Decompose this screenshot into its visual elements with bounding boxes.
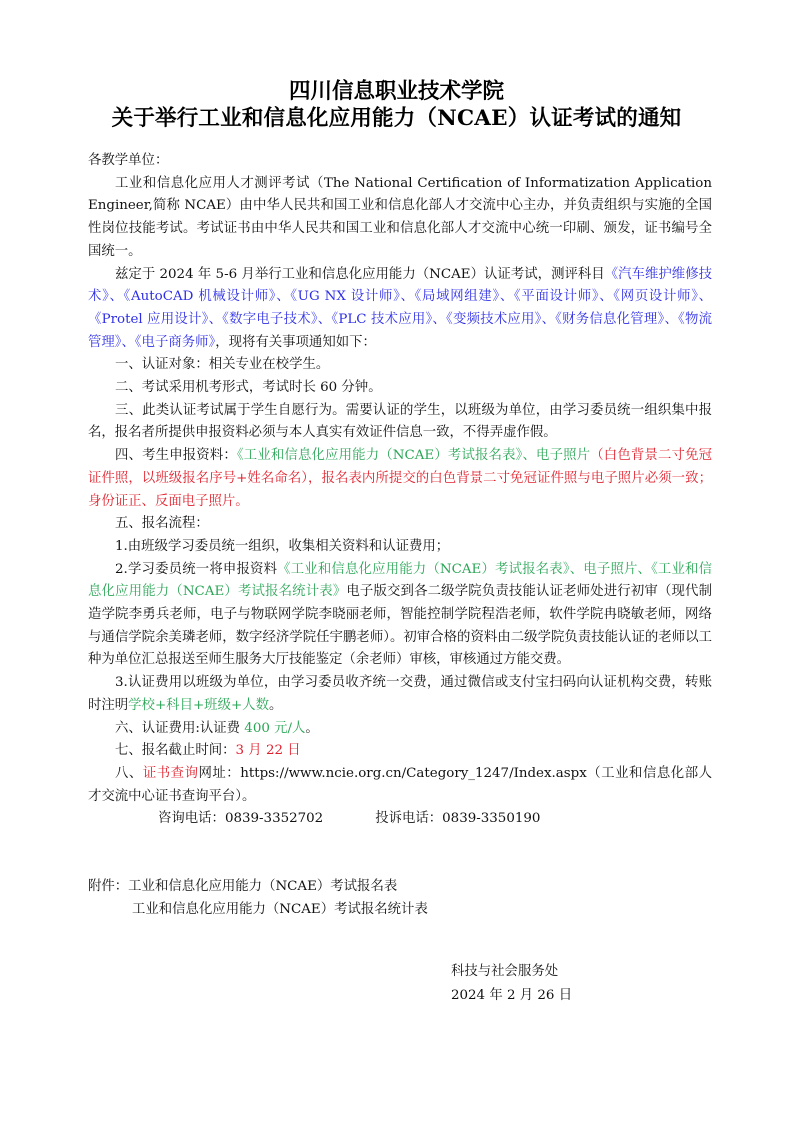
- step3-transfer-note: 学校+科目+班级+人数: [128, 698, 269, 713]
- signature-block: 科技与社会服务处 2024 年 2 月 26 日: [451, 960, 572, 1008]
- schedule-prefix: 兹定于 2024 年 5-6 月举行工业和信息化应用能力（NCAE）认证考试，测…: [115, 267, 605, 282]
- document-page: 四川信息职业技术学院 关于举行工业和信息化应用能力（NCAE）认证考试的通知 各…: [0, 0, 793, 1122]
- issue-date: 2024 年 2 月 26 日: [451, 984, 572, 1008]
- item-eight-prefix: 八、: [115, 766, 143, 781]
- schedule-paragraph: 兹定于 2024 年 5-6 月举行工业和信息化应用能力（NCAE）认证考试，测…: [88, 264, 712, 355]
- item-six-suffix: 。: [305, 721, 318, 736]
- document-body: 各教学单位： 工业和信息化应用人才测评考试（The National Certi…: [88, 150, 712, 831]
- item-three: 三、此类认证考试属于学生自愿行为。需要认证的学生，以班级为单位，由学习委员统一组…: [88, 400, 712, 445]
- item-four-materials: 《工业和信息化应用能力（NCAE）考试报名表》、电子照片: [237, 448, 590, 463]
- issuing-department: 科技与社会服务处: [451, 960, 572, 984]
- item-four: 四、考生申报资料：《工业和信息化应用能力（NCAE）考试报名表》、电子照片（白色…: [88, 445, 712, 513]
- item-four-prefix: 四、考生申报资料：: [115, 448, 237, 463]
- attachment-row-1: 附件：工业和信息化应用能力（NCAE）考试报名表: [88, 876, 428, 899]
- document-title: 四川信息职业技术学院 关于举行工业和信息化应用能力（NCAE）认证考试的通知: [0, 78, 793, 132]
- item-eight: 八、证书查询网址：https://www.ncie.org.cn/Categor…: [88, 763, 712, 808]
- attachment-item-1: 工业和信息化应用能力（NCAE）考试报名表: [128, 879, 397, 894]
- item-five-heading: 五、报名流程：: [88, 513, 712, 536]
- attachment-label: 附件：: [88, 879, 128, 894]
- step2-prefix: 2.学习委员统一将申报资料: [115, 562, 277, 577]
- item-seven: 七、报名截止时间：3 月 22 日: [88, 740, 712, 763]
- item-five-step3: 3.认证费用以班级为单位，由学习委员收齐统一交费，通过微信或支付宝扫码向认证机构…: [88, 672, 712, 717]
- item-one: 一、认证对象：相关专业在校学生。: [88, 354, 712, 377]
- salutation: 各教学单位：: [88, 150, 712, 173]
- item-five-step1: 1.由班级学习委员统一组织，收集相关资料和认证费用；: [88, 536, 712, 559]
- title-notice: 关于举行工业和信息化应用能力（NCAE）认证考试的通知: [0, 105, 793, 132]
- title-institution: 四川信息职业技术学院: [0, 78, 793, 105]
- consult-phone: 咨询电话：0839-3352702: [158, 811, 323, 826]
- item-two: 二、考试采用机考形式，考试时长 60 分钟。: [88, 377, 712, 400]
- item-five-step2: 2.学习委员统一将申报资料《工业和信息化应用能力（NCAE）考试报名表》、电子照…: [88, 559, 712, 673]
- certificate-query-label: 证书查询: [143, 766, 199, 781]
- attachment-item-2: 工业和信息化应用能力（NCAE）考试报名统计表: [132, 902, 428, 917]
- step3-suffix: 。: [269, 698, 282, 713]
- complaint-phone: 投诉电话：0839-3350190: [375, 811, 540, 826]
- attachment-row-2: 工业和信息化应用能力（NCAE）考试报名统计表: [88, 899, 428, 922]
- item-six: 六、认证费用:认证费 400 元/人。: [88, 718, 712, 741]
- fee-amount: 400 元/人: [244, 721, 305, 736]
- intro-paragraph: 工业和信息化应用人才测评考试（The National Certificatio…: [88, 173, 712, 264]
- schedule-suffix: ，现将有关事项通知如下：: [215, 335, 376, 350]
- item-seven-prefix: 七、报名截止时间：: [115, 743, 236, 758]
- contact-line: 咨询电话：0839-3352702投诉电话：0839-3350190: [88, 808, 712, 831]
- attachments: 附件：工业和信息化应用能力（NCAE）考试报名表 工业和信息化应用能力（NCAE…: [88, 876, 428, 921]
- item-six-prefix: 六、认证费用:认证费: [115, 721, 244, 736]
- deadline-date: 3 月 22 日: [236, 743, 301, 758]
